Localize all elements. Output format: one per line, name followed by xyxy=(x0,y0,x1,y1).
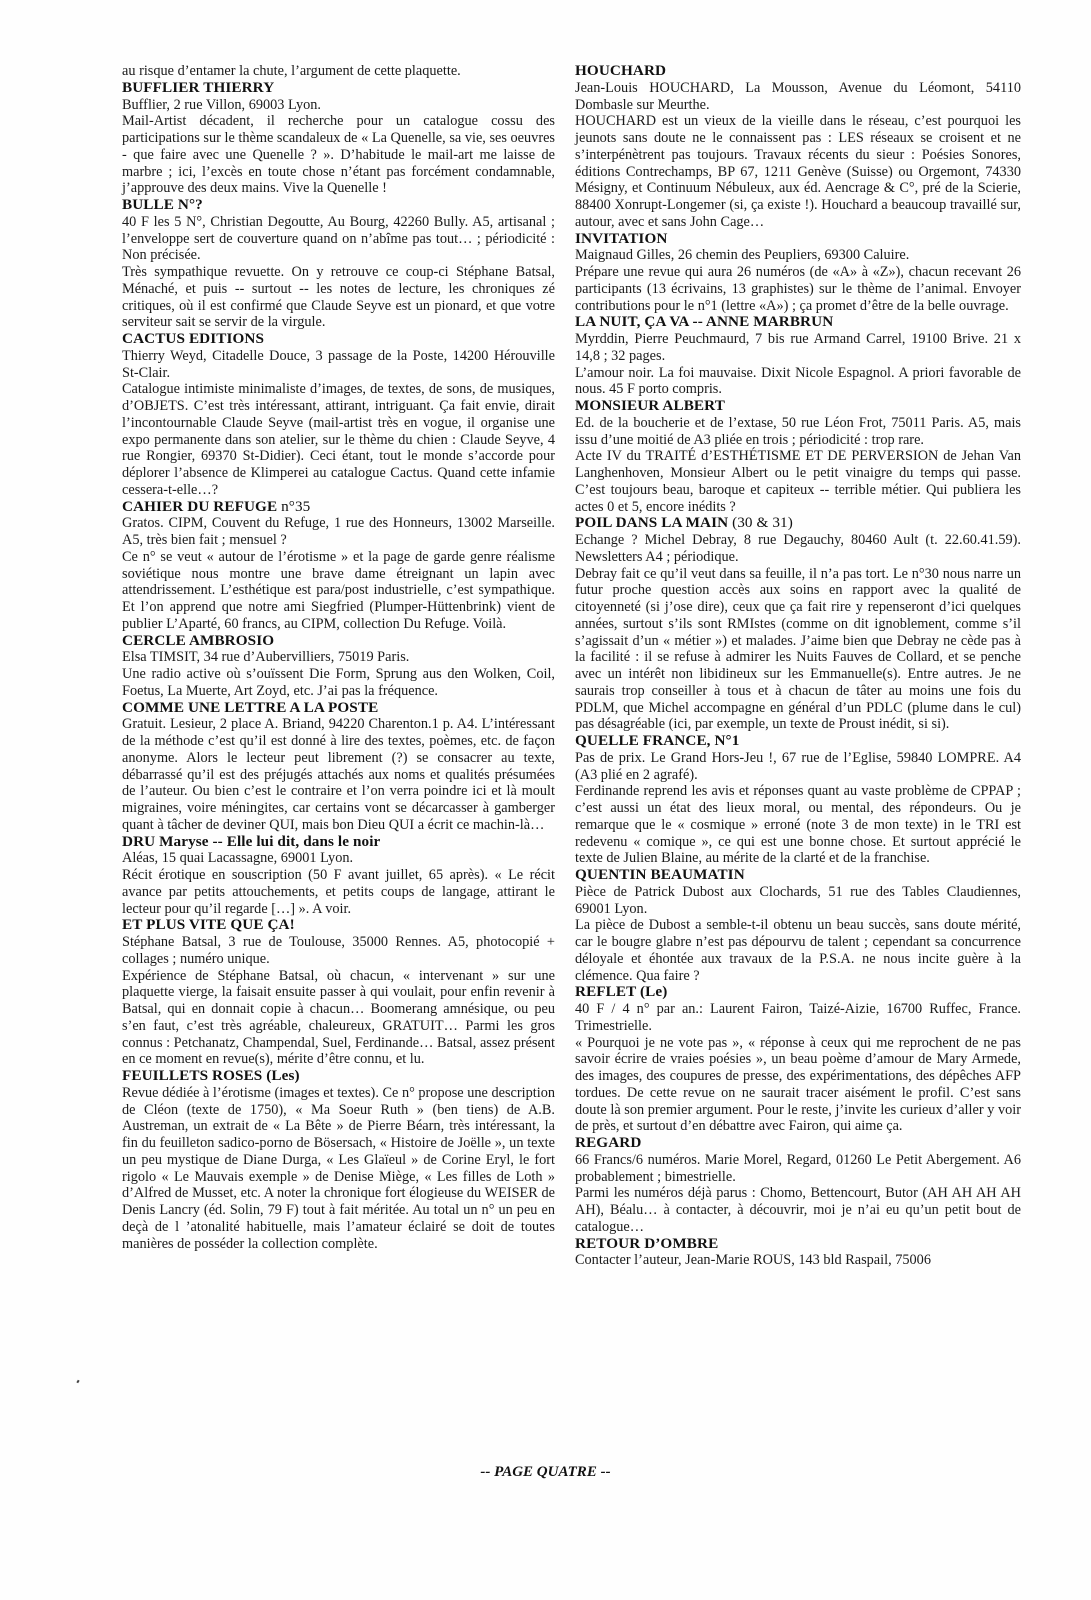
review-entry: DRU Maryse -- Elle lui dit, dans le noir… xyxy=(122,834,555,918)
entry-title: POIL DANS LA MAIN (30 & 31) xyxy=(575,515,1021,532)
entry-review-text: « Pourquoi je ne vote pas », « réponse à… xyxy=(575,1035,1021,1136)
entry-review-text: Debray fait ce qu’il veut dans sa feuill… xyxy=(575,566,1021,734)
entry-details: Stéphane Batsal, 3 rue de Toulouse, 3500… xyxy=(122,934,555,968)
right-column: HOUCHARDJean-Louis HOUCHARD, La Mousson,… xyxy=(575,63,1021,1269)
entry-details: Bufflier, 2 rue Villon, 69003 Lyon. xyxy=(122,97,555,114)
entry-title: ET PLUS VITE QUE ÇA! xyxy=(122,917,555,934)
entry-details: Maignaud Gilles, 26 chemin des Peupliers… xyxy=(575,247,1021,264)
entry-title: BUFFLIER THIERRY xyxy=(122,80,555,97)
entry-details: 40 F les 5 N°, Christian Degoutte, Au Bo… xyxy=(122,214,555,264)
entry-title-text: BUFFLIER THIERRY xyxy=(122,79,274,96)
entry-title: MONSIEUR ALBERT xyxy=(575,398,1021,415)
entry-title-text: CACTUS EDITIONS xyxy=(122,330,264,347)
entry-title: CACTUS EDITIONS xyxy=(122,331,555,348)
review-entry: COMME UNE LETTRE A LA POSTEGratuit. Lesi… xyxy=(122,700,555,834)
entry-details: Aléas, 15 quai Lacassagne, 69001 Lyon. xyxy=(122,850,555,867)
entry-details: Gratos. CIPM, Couvent du Refuge, 1 rue d… xyxy=(122,515,555,549)
entry-title-text: INVITATION xyxy=(575,230,667,247)
review-entry: CAHIER DU REFUGE n°35Gratos. CIPM, Couve… xyxy=(122,499,555,633)
entry-title: LA NUIT, ÇA VA -- ANNE MARBRUN xyxy=(575,314,1021,331)
entry-details: Jean-Louis HOUCHARD, La Mousson, Avenue … xyxy=(575,80,1021,114)
entry-title-text: RETOUR D’OMBRE xyxy=(575,1235,718,1252)
entry-review-text: Une radio active où s’ouïssent Die Form,… xyxy=(122,666,555,700)
review-entry: CACTUS EDITIONSThierry Weyd, Citadelle D… xyxy=(122,331,555,499)
entry-title: RETOUR D’OMBRE xyxy=(575,1236,1021,1253)
entry-title-text: LA NUIT, ÇA VA -- ANNE MARBRUN xyxy=(575,313,833,330)
entry-title-text: DRU Maryse -- Elle lui dit, dans le noir xyxy=(122,833,380,850)
review-entry: QUELLE FRANCE, N°1Pas de prix. Le Grand … xyxy=(575,733,1021,867)
entry-details: Pièce de Patrick Dubost aux Clochards, 5… xyxy=(575,884,1021,918)
entry-title-text: POIL DANS LA MAIN xyxy=(575,514,728,531)
entry-title-text: CERCLE AMBROSIO xyxy=(122,632,274,649)
review-entry: CERCLE AMBROSIOElsa TIMSIT, 34 rue d’Aub… xyxy=(122,633,555,700)
entry-title-text: HOUCHARD xyxy=(575,62,666,79)
entry-title-text: REGARD xyxy=(575,1134,641,1151)
review-entry: LA NUIT, ÇA VA -- ANNE MARBRUNMyrddin, P… xyxy=(575,314,1021,398)
review-entry: RETOUR D’OMBREContacter l’auteur, Jean-M… xyxy=(575,1236,1021,1270)
entry-details: Thierry Weyd, Citadelle Douce, 3 passage… xyxy=(122,348,555,382)
entry-review-text: La pièce de Dubost a semble-t-il obtenu … xyxy=(575,917,1021,984)
scan-speck xyxy=(76,1380,79,1384)
review-entry: INVITATIONMaignaud Gilles, 26 chemin des… xyxy=(575,231,1021,315)
entry-details: Contacter l’auteur, Jean-Marie ROUS, 143… xyxy=(575,1252,1021,1269)
entry-details: Revue dédiée à l’érotisme (images et tex… xyxy=(122,1085,555,1253)
entry-review-text: Ce n° se veut « autour de l’érotisme » e… xyxy=(122,549,555,633)
entry-review-text: Mail-Artist décadent, il recherche pour … xyxy=(122,113,555,197)
entry-title-text: MONSIEUR ALBERT xyxy=(575,397,725,414)
document-page: au risque d’entamer la chute, l’argument… xyxy=(0,0,1091,1600)
entry-title: QUELLE FRANCE, N°1 xyxy=(575,733,1021,750)
entry-review-text: HOUCHARD est un vieux de la vieille dans… xyxy=(575,113,1021,230)
review-entry: REFLET (Le)40 F / 4 n° par an.: Laurent … xyxy=(575,984,1021,1135)
entry-details: Gratuit. Lesieur, 2 place A. Briand, 942… xyxy=(122,716,555,833)
entry-review-text: Parmi les numéros déjà parus : Chomo, Be… xyxy=(575,1185,1021,1235)
entry-title-text: FEUILLETS ROSES (Les) xyxy=(122,1067,300,1084)
entry-title: CERCLE AMBROSIO xyxy=(122,633,555,650)
entry-details: Elsa TIMSIT, 34 rue d’Aubervilliers, 750… xyxy=(122,649,555,666)
entry-review-text: Catalogue intimiste minimaliste d’images… xyxy=(122,381,555,498)
review-entry: QUENTIN BEAUMATINPièce de Patrick Dubost… xyxy=(575,867,1021,984)
entry-title: DRU Maryse -- Elle lui dit, dans le noir xyxy=(122,834,555,851)
entry-title: REFLET (Le) xyxy=(575,984,1021,1001)
entry-title-text: QUENTIN BEAUMATIN xyxy=(575,866,745,883)
review-entry: BULLE N°?40 F les 5 N°, Christian Degout… xyxy=(122,197,555,331)
entry-title-text: BULLE N°? xyxy=(122,196,203,213)
entry-title: FEUILLETS ROSES (Les) xyxy=(122,1068,555,1085)
page-footer: -- PAGE QUATRE -- xyxy=(0,1464,1091,1481)
entry-details: Pas de prix. Le Grand Hors-Jeu !, 67 rue… xyxy=(575,750,1021,784)
entry-review-text: Acte IV du TRAITÉ d’ESTHÉTISME ET DE PER… xyxy=(575,448,1021,515)
left-entries: BUFFLIER THIERRYBufflier, 2 rue Villon, … xyxy=(122,80,555,1253)
entry-title: INVITATION xyxy=(575,231,1021,248)
review-entry: POIL DANS LA MAIN (30 & 31)Echange ? Mic… xyxy=(575,515,1021,733)
entry-title-text: CAHIER DU REFUGE xyxy=(122,498,277,515)
entry-details: Echange ? Michel Debray, 8 rue Degauchy,… xyxy=(575,532,1021,566)
entry-title: HOUCHARD xyxy=(575,63,1021,80)
entry-review-text: Récit érotique en souscription (50 F ava… xyxy=(122,867,555,917)
entry-title-text: REFLET (Le) xyxy=(575,983,667,1000)
entry-title: COMME UNE LETTRE A LA POSTE xyxy=(122,700,555,717)
entry-title-text: COMME UNE LETTRE A LA POSTE xyxy=(122,699,378,716)
review-entry: REGARD66 Francs/6 numéros. Marie Morel, … xyxy=(575,1135,1021,1236)
entry-details: Myrddin, Pierre Peuchmaurd, 7 bis rue Ar… xyxy=(575,331,1021,365)
review-entry: ET PLUS VITE QUE ÇA!Stéphane Batsal, 3 r… xyxy=(122,917,555,1068)
review-entry: BUFFLIER THIERRYBufflier, 2 rue Villon, … xyxy=(122,80,555,197)
entry-title-suffix: (30 & 31) xyxy=(728,514,793,531)
review-entry: HOUCHARDJean-Louis HOUCHARD, La Mousson,… xyxy=(575,63,1021,231)
entry-title: QUENTIN BEAUMATIN xyxy=(575,867,1021,884)
right-entries: HOUCHARDJean-Louis HOUCHARD, La Mousson,… xyxy=(575,63,1021,1269)
entry-review-text: Expérience de Stéphane Batsal, où chacun… xyxy=(122,968,555,1069)
entry-review-text: L’amour noir. La foi mauvaise. Dixit Nic… xyxy=(575,365,1021,399)
entry-review-text: Ferdinande reprend les avis et réponses … xyxy=(575,783,1021,867)
review-entry: FEUILLETS ROSES (Les)Revue dédiée à l’ér… xyxy=(122,1068,555,1252)
entry-title-text: QUELLE FRANCE, N°1 xyxy=(575,732,739,749)
entry-title: CAHIER DU REFUGE n°35 xyxy=(122,499,555,516)
entry-title-suffix: n°35 xyxy=(277,498,310,515)
review-entry: MONSIEUR ALBERTEd. de la boucherie et de… xyxy=(575,398,1021,515)
entry-title-text: ET PLUS VITE QUE ÇA! xyxy=(122,916,295,933)
entry-details: 66 Francs/6 numéros. Marie Morel, Regard… xyxy=(575,1152,1021,1186)
entry-review-text: Prépare une revue qui aura 26 numéros (d… xyxy=(575,264,1021,314)
entry-review-text: Très sympathique revuette. On y retrouve… xyxy=(122,264,555,331)
entry-title: BULLE N°? xyxy=(122,197,555,214)
entry-details: 40 F / 4 n° par an.: Laurent Fairon, Tai… xyxy=(575,1001,1021,1035)
entry-details: Ed. de la boucherie et de l’extase, 50 r… xyxy=(575,415,1021,449)
left-column: au risque d’entamer la chute, l’argument… xyxy=(122,63,555,1252)
lead-in-text: au risque d’entamer la chute, l’argument… xyxy=(122,63,555,80)
entry-title: REGARD xyxy=(575,1135,1021,1152)
